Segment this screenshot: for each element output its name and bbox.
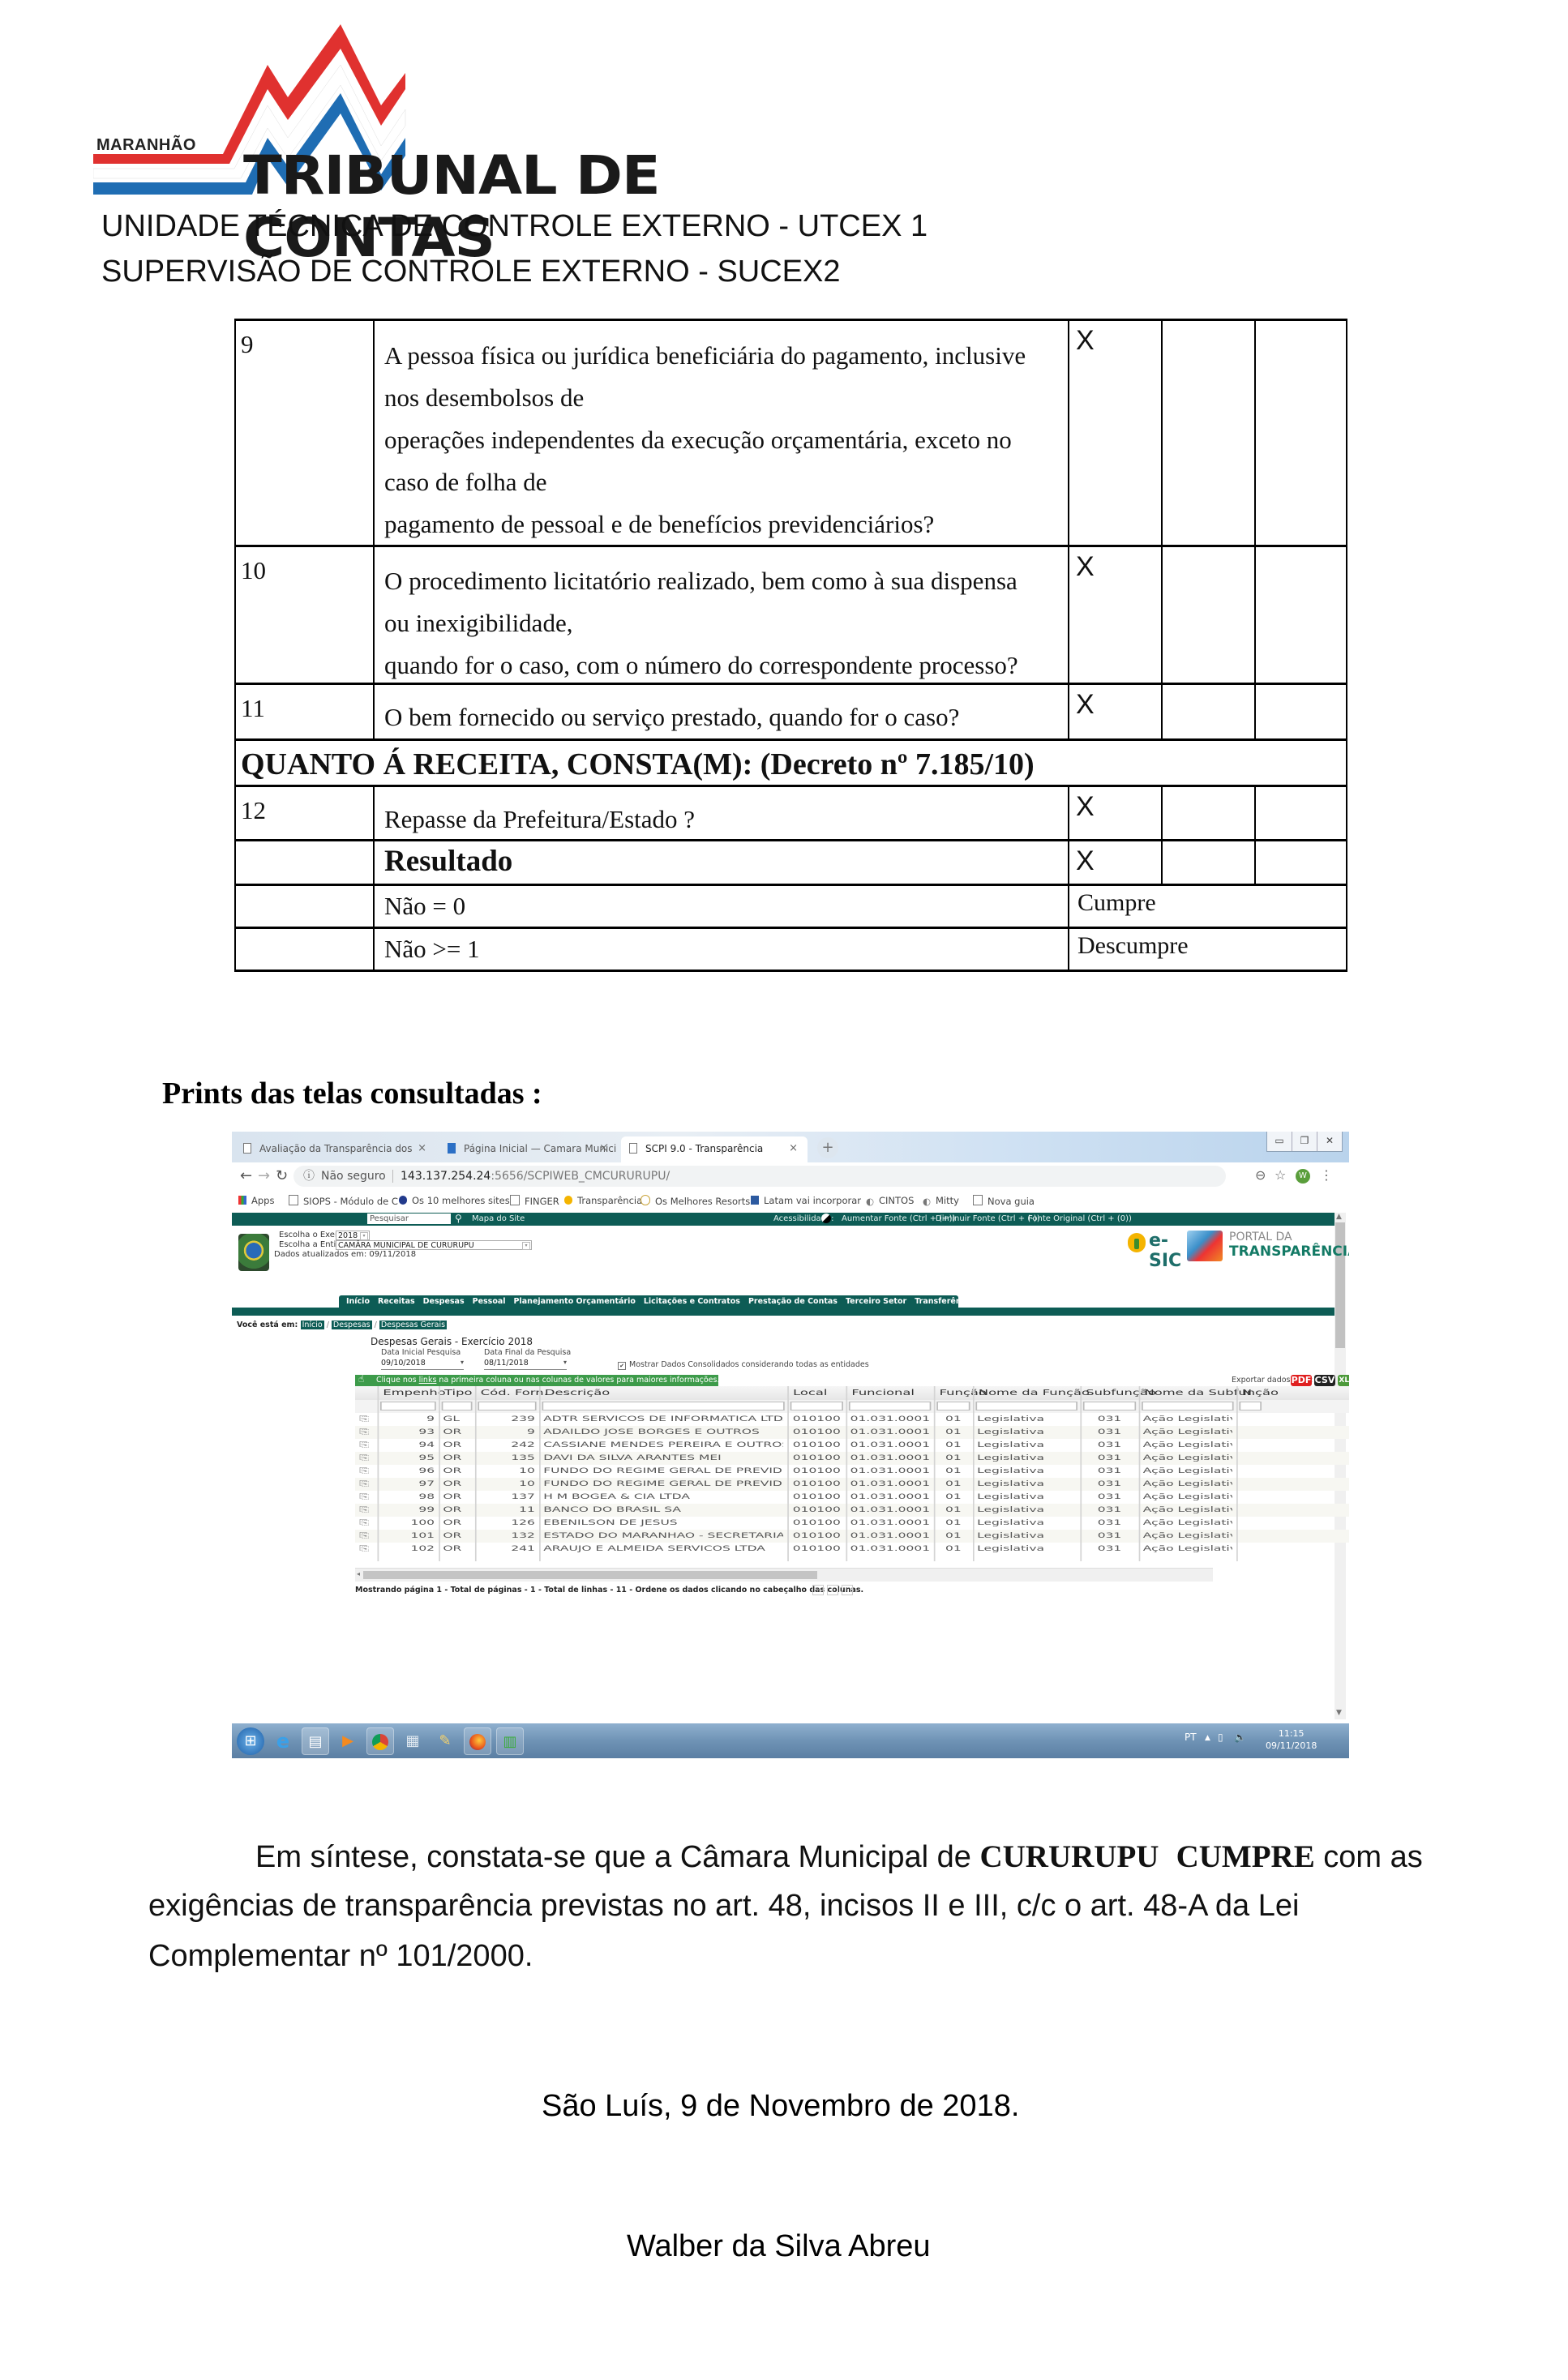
table-cell: 031 xyxy=(1085,1467,1135,1475)
table-cell: 010100 xyxy=(791,1532,842,1540)
question-line: O procedimento licitatório realizado, be… xyxy=(384,560,1061,602)
menu-item-transferencias[interactable]: Transferências xyxy=(910,1295,982,1308)
column-header[interactable]: Nome da Subfunção xyxy=(1145,1389,1279,1398)
column-filter-input[interactable] xyxy=(442,1402,473,1410)
table-cell: Ação Legislativa xyxy=(1143,1506,1232,1514)
table-cell: H M BOGEA & CIA LTDA xyxy=(543,1493,783,1501)
item-number: 11 xyxy=(234,683,373,723)
table-cell: 01 xyxy=(938,1428,969,1436)
table-cell: 11 xyxy=(479,1506,535,1514)
detail-doc-icon[interactable]: ⎘ xyxy=(359,1428,369,1436)
bookmark-item[interactable]: SIOPS - Módulo de C xyxy=(289,1195,398,1207)
detail-doc-icon[interactable]: ⎘ xyxy=(359,1493,369,1501)
table-cell: Ação Legislativa xyxy=(1143,1441,1232,1449)
table-cell: OR xyxy=(443,1493,470,1501)
column-filter-input[interactable] xyxy=(790,1402,843,1410)
column-filter-input[interactable] xyxy=(478,1402,536,1410)
item-question: Repasse da Prefeitura/Estado ? xyxy=(373,798,1068,841)
detail-doc-icon[interactable]: ⎘ xyxy=(359,1415,369,1423)
system-clock[interactable]: 11:15 09/11/2018 xyxy=(1266,1727,1317,1752)
legend-outcome: Cumpre xyxy=(1077,889,1345,917)
scroll-thumb[interactable] xyxy=(363,1571,817,1579)
paint-icon[interactable]: ✎ xyxy=(431,1727,459,1755)
chevron-down-icon: ▾ xyxy=(522,1242,530,1250)
table-cell: 242 xyxy=(479,1441,535,1449)
browser-tab[interactable]: Página Inicial — Camara Munici × xyxy=(439,1136,618,1162)
table-cell: 01 xyxy=(938,1441,969,1449)
menu-item-licitacoes[interactable]: Licitações e Contratos xyxy=(640,1295,744,1308)
column-filter-input[interactable] xyxy=(849,1402,931,1410)
column-header[interactable]: Funcional xyxy=(851,1389,915,1398)
menu-item-acesso-informacao[interactable]: Acesso à Informação xyxy=(1090,1295,1189,1308)
globe-icon: ◐ xyxy=(923,1196,931,1205)
table-cell: ARAUJO E ALMEIDA SERVICOS LTDA xyxy=(543,1545,783,1553)
table-cell: 010100 xyxy=(791,1454,842,1462)
table-cell: OR xyxy=(443,1454,470,1462)
close-tab-icon[interactable]: × xyxy=(599,1136,608,1161)
legend-outcome: Descumpre xyxy=(1077,932,1345,960)
column-filter-input[interactable] xyxy=(936,1402,970,1410)
table-cell: OR xyxy=(443,1545,470,1553)
logo-name-text: TRIBUNAL DE CONTAS xyxy=(243,144,884,269)
info-bulb-icon xyxy=(564,1196,572,1205)
page-icon xyxy=(629,1143,637,1154)
chrome-icon[interactable] xyxy=(366,1727,394,1755)
first-page-button[interactable]: « xyxy=(812,1585,824,1595)
column-filter-input[interactable] xyxy=(1142,1402,1234,1410)
table-cell: 01 xyxy=(938,1480,969,1488)
main-menu: Início Receitas Despesas Pessoal Planeja… xyxy=(339,1295,958,1308)
table-row[interactable]: ⎘9GL239ADTR SERVICOS DE INFORMATICA LTDA… xyxy=(355,1413,1349,1426)
column-header[interactable]: N xyxy=(1242,1389,1252,1398)
media-player-icon[interactable]: ▶ xyxy=(334,1727,362,1755)
detail-doc-icon[interactable]: ⎘ xyxy=(359,1519,369,1527)
table-cell: 93 xyxy=(382,1428,435,1436)
table-cell: 01.031.0001.2002.0000 xyxy=(850,1480,930,1488)
table-row[interactable]: ⎘97OR10FUNDO DO REGIME GERAL DE PREVIDEN… xyxy=(355,1478,1349,1491)
detail-doc-icon[interactable]: ⎘ xyxy=(359,1454,369,1462)
table-cell: 10 xyxy=(479,1480,535,1488)
globe-icon: ◐ xyxy=(866,1196,874,1205)
table-cell: EBENILSON DE JESUS xyxy=(543,1519,783,1527)
info-hint-bar: Clique nos links na primeira coluna ou n… xyxy=(355,1375,718,1386)
table-cell: 01 xyxy=(938,1506,969,1514)
table-cell: 101 xyxy=(382,1532,435,1540)
table-cell: ADTR SERVICOS DE INFORMATICA LTDA xyxy=(543,1415,783,1423)
chevron-down-icon: ▾ xyxy=(360,1232,368,1240)
table-cell: 96 xyxy=(382,1467,435,1475)
tray-expand-icon[interactable]: ▲ xyxy=(1205,1734,1210,1742)
column-filter-input[interactable] xyxy=(975,1402,1077,1410)
scroll-thumb[interactable] xyxy=(1335,1222,1345,1348)
apps-grid-icon xyxy=(238,1196,246,1205)
table-cell: 95 xyxy=(382,1454,435,1462)
date-start-label: Data Inicial Pesquisa xyxy=(381,1348,461,1357)
file-explorer-icon[interactable]: ▤ xyxy=(302,1727,329,1755)
result-mark: X xyxy=(1068,839,1161,877)
table-cell: 126 xyxy=(479,1519,535,1527)
table-cell: Legislativa xyxy=(977,1428,1076,1436)
menu-item-terceiro-setor[interactable]: Terceiro Setor xyxy=(842,1295,910,1308)
export-pdf-button[interactable]: PDF xyxy=(1291,1375,1312,1386)
table-cell: 031 xyxy=(1085,1519,1135,1527)
table-cell: 9 xyxy=(382,1415,435,1423)
table-cell: 01.031.0001.2002.0000 xyxy=(850,1415,930,1423)
table-cell: 010100 xyxy=(791,1428,842,1436)
table-cell: 241 xyxy=(479,1545,535,1553)
table-cell: 031 xyxy=(1085,1532,1135,1540)
browser-toolbar: ← → ↻ ⓘ Não seguro 143.137.254.24:5656/S… xyxy=(232,1162,1349,1190)
bookmark-item[interactable]: ◐Mitty xyxy=(923,1195,959,1206)
embedded-browser-screenshot: Avaliação da Transparência dos × Página … xyxy=(232,1132,1349,1758)
table-cell: 132 xyxy=(479,1532,535,1540)
table-cell: 137 xyxy=(479,1493,535,1501)
table-cell: 031 xyxy=(1085,1415,1135,1423)
table-row[interactable]: ⎘100OR126EBENILSON DE JESUS01010001.031.… xyxy=(355,1517,1349,1530)
table-row[interactable]: ⎘101OR132ESTADO DO MARANHAO - SECRETARIA… xyxy=(355,1530,1349,1543)
scroll-up-icon[interactable]: ▲ xyxy=(1336,1213,1342,1221)
signature-name: Walber da Silva Abreu xyxy=(627,2229,931,2264)
item-question: O bem fornecido ou serviço prestado, qua… xyxy=(373,696,1068,738)
table-cell: 01.031.0001.2002.0000 xyxy=(850,1519,930,1527)
close-window-button[interactable]: ✕ xyxy=(1317,1132,1342,1151)
table-cell: 01.031.0001.2002.0000 xyxy=(850,1493,930,1501)
table-row[interactable]: ⎘102OR241ARAUJO E ALMEIDA SERVICOS LTDA0… xyxy=(355,1543,1349,1556)
table-cell: 01 xyxy=(938,1532,969,1540)
close-tab-icon[interactable]: × xyxy=(418,1136,426,1161)
table-cell: Ação Legislativa xyxy=(1143,1467,1232,1475)
date-start-input[interactable]: 09/10/2018▾ xyxy=(381,1359,464,1370)
volume-icon[interactable]: 🔈 xyxy=(1234,1731,1246,1743)
table-row[interactable]: ⎘96OR10FUNDO DO REGIME GERAL DE PREVIDEN… xyxy=(355,1465,1349,1478)
detail-doc-icon[interactable]: ⎘ xyxy=(359,1532,369,1540)
checkbox-checked-icon[interactable]: ✔ xyxy=(618,1362,626,1370)
yes-mark: X xyxy=(1068,319,1161,357)
table-cell: 010100 xyxy=(791,1480,842,1488)
table-cell: OR xyxy=(443,1506,470,1514)
question-line: ou inexigibilidade, xyxy=(384,602,1061,644)
scroll-down-icon[interactable]: ▼ xyxy=(1336,1709,1342,1717)
table-cell: 100 xyxy=(382,1519,435,1527)
checklist-table: 9 A pessoa física ou jurídica beneficiár… xyxy=(234,319,1347,972)
menu-item-receitas[interactable]: Receitas xyxy=(374,1295,419,1308)
table-cell: Ação Legislativa xyxy=(1143,1428,1232,1436)
firefox-icon[interactable] xyxy=(464,1727,491,1755)
detail-doc-icon[interactable]: ⎘ xyxy=(359,1506,369,1514)
table-cell: Legislativa xyxy=(977,1545,1076,1553)
browser-tab[interactable]: Avaliação da Transparência dos × xyxy=(235,1136,436,1162)
table-cell: 010100 xyxy=(791,1519,842,1527)
reload-icon[interactable]: ↻ xyxy=(276,1167,288,1184)
table-cell: OR xyxy=(443,1480,470,1488)
city-name: CURURUPU xyxy=(979,1839,1159,1874)
esic-logo[interactable]: e-SIC xyxy=(1128,1231,1178,1258)
export-xls-button[interactable]: XLS xyxy=(1338,1375,1349,1386)
windows-taskbar: ⊞ e ▤ ▶ ▦ ✎ ▥ PT ▲ ▯ 🔈 11:15 09/11/2018 xyxy=(232,1723,1349,1758)
original-font-link[interactable]: Fonte Original (Ctrl + (0)) xyxy=(1028,1214,1132,1223)
column-header[interactable]: Tipo xyxy=(444,1389,472,1398)
conclusion-line-3: Complementar nº 101/2000. xyxy=(148,1939,533,1974)
grid-header: EmpenhoTipoCód. Forn.DescriçãoLocalFunci… xyxy=(355,1386,1349,1401)
table-cell: 010100 xyxy=(791,1467,842,1475)
restore-button[interactable]: ❐ xyxy=(1292,1132,1317,1151)
bookmark-item[interactable]: FINGER xyxy=(510,1195,559,1207)
table-cell: 01 xyxy=(938,1545,969,1553)
updated-date: Dados atualizados em: 09/11/2018 xyxy=(274,1250,416,1259)
network-icon[interactable]: ▯ xyxy=(1218,1731,1223,1743)
date-end-input[interactable]: 08/11/2018▾ xyxy=(484,1359,567,1370)
bookmark-item[interactable]: Transparência xyxy=(564,1195,642,1206)
breadcrumb-despesas[interactable]: Despesas xyxy=(332,1321,372,1329)
conclusion-line-1: Em síntese, constata-se que a Câmara Mun… xyxy=(255,1839,1423,1875)
bookmark-star-icon[interactable]: ☆ xyxy=(1275,1167,1286,1183)
legend-rule: Não >= 1 xyxy=(373,927,1068,972)
spreadsheet-icon[interactable]: ▥ xyxy=(496,1727,524,1755)
table-cell: 99 xyxy=(382,1506,435,1514)
menu-dots-icon[interactable]: ⋮ xyxy=(1320,1167,1333,1183)
browser-tab-active[interactable]: SCPI 9.0 - Transparência × xyxy=(621,1136,808,1162)
table-cell: OR xyxy=(443,1519,470,1527)
table-cell: 102 xyxy=(382,1545,435,1553)
page-icon xyxy=(289,1195,298,1205)
table-cell: CASSIANE MENDES PEREIRA E OUTROS xyxy=(543,1441,783,1449)
table-cell: Legislativa xyxy=(977,1493,1076,1501)
result-label: Resultado xyxy=(373,841,1068,883)
question-line: pagamento de pessoal e de benefícios pre… xyxy=(384,503,1061,546)
back-arrow-icon[interactable]: ← xyxy=(240,1167,252,1184)
calculator-icon[interactable]: ▦ xyxy=(399,1727,426,1755)
unit-title: UNIDADE TÉCNICA DE CONTROLE EXTERNO - UT… xyxy=(101,209,928,244)
prints-title: Prints das telas consultadas : xyxy=(162,1076,542,1111)
bookmark-item[interactable]: Os 10 melhores sites xyxy=(399,1195,510,1206)
table-row[interactable]: ⎘99OR11BANCO DO BRASIL SA01010001.031.00… xyxy=(355,1504,1349,1517)
entity-select[interactable]: CAMÂRA MUNICIPAL DE CURURUPU▾ xyxy=(336,1240,532,1250)
table-cell: 031 xyxy=(1085,1441,1135,1449)
table-cell: Ação Legislativa xyxy=(1143,1545,1232,1553)
site-favicon-icon xyxy=(448,1143,456,1154)
dropdown-arrow-icon[interactable]: ▾ xyxy=(563,1359,567,1366)
table-cell: 01.031.0001.2002.0000 xyxy=(850,1454,930,1462)
table-cell: ESTADO DO MARANHAO - SECRETARIA DE ESTAD… xyxy=(543,1532,783,1540)
new-tab-button[interactable]: + xyxy=(817,1137,838,1158)
people-icon xyxy=(1187,1231,1223,1261)
table-cell: 031 xyxy=(1085,1545,1135,1553)
column-filter-input[interactable] xyxy=(1239,1402,1262,1410)
date-line: São Luís, 9 de Novembro de 2018. xyxy=(542,2089,1019,2124)
table-cell: Ação Legislativa xyxy=(1143,1532,1232,1540)
column-header[interactable]: Empenho xyxy=(383,1389,445,1398)
grid-footer-note: Mostrando página 1 - Total de páginas - … xyxy=(355,1586,863,1595)
table-cell: FUNDO DO REGIME GERAL DE PREVIDENCIA SOC… xyxy=(543,1467,783,1475)
column-header[interactable]: Local xyxy=(793,1389,827,1398)
windows-start-icon[interactable]: ⊞ xyxy=(237,1727,264,1755)
breadcrumb-inicio[interactable]: Início xyxy=(301,1321,324,1329)
column-filter-input[interactable] xyxy=(542,1402,784,1410)
bookmark-item[interactable]: Latam vai incorporar xyxy=(751,1195,861,1206)
detail-doc-icon[interactable]: ⎘ xyxy=(359,1480,369,1488)
news-icon xyxy=(751,1196,759,1205)
logo-state-text: MARANHÃO xyxy=(96,136,196,155)
table-cell: Legislativa xyxy=(977,1467,1076,1475)
table-cell: Ação Legislativa xyxy=(1143,1519,1232,1527)
bookmarks-bar: Apps SIOPS - Módulo de C Os 10 melhores … xyxy=(232,1190,1349,1213)
table-cell: 9 xyxy=(479,1428,535,1436)
portal-transparencia-logo[interactable]: PORTAL DA TRANSPARÊNCIA xyxy=(1187,1227,1325,1265)
table-cell: 01 xyxy=(938,1493,969,1501)
column-filter-input[interactable] xyxy=(1083,1402,1136,1410)
column-header[interactable]: Nome da Função xyxy=(979,1389,1090,1398)
profile-avatar[interactable]: W xyxy=(1296,1169,1310,1184)
supervision-title: SUPERVISÃO DE CONTROLE EXTERNO - SUCEX2 xyxy=(101,255,841,289)
table-cell: OR xyxy=(443,1428,470,1436)
dropdown-arrow-icon[interactable]: ▾ xyxy=(461,1359,464,1366)
table-cell: 01.031.0001.2002.0000 xyxy=(850,1441,930,1449)
yes-mark: X xyxy=(1068,545,1161,583)
table-row[interactable]: ⎘93OR9ADAILDO JOSE BORGES E OUTROS010100… xyxy=(355,1426,1349,1439)
prev-page-button[interactable]: ‹ xyxy=(827,1585,838,1595)
table-cell: 97 xyxy=(382,1480,435,1488)
info-icon[interactable]: ⓘ xyxy=(303,1166,315,1187)
table-cell: 01.031.0001.2002.0000 xyxy=(850,1532,930,1540)
question-line: operações independentes da execução orça… xyxy=(384,419,1061,461)
exercise-select[interactable]: 2018▾ xyxy=(336,1231,370,1240)
export-csv-button[interactable]: CSV xyxy=(1314,1375,1335,1386)
language-indicator[interactable]: PT xyxy=(1185,1731,1197,1743)
table-cell: DAVI DA SILVA ARANTES MEI xyxy=(543,1454,783,1462)
close-tab-icon[interactable]: × xyxy=(789,1136,798,1161)
links-link[interactable]: links xyxy=(419,1376,437,1385)
page-title: Despesas Gerais - Exercício 2018 xyxy=(371,1336,533,1347)
table-row[interactable]: ⎘98OR137H M BOGEA & CIA LTDA01010001.031… xyxy=(355,1491,1349,1504)
scroll-left-icon[interactable]: ◂ xyxy=(357,1570,360,1577)
menu-item-inicio[interactable]: Início xyxy=(342,1295,374,1308)
legend-rule: Não = 0 xyxy=(373,884,1068,929)
detail-doc-icon[interactable]: ⎘ xyxy=(359,1441,369,1449)
moon-icon xyxy=(399,1196,407,1205)
column-header[interactable]: Descrição xyxy=(545,1389,610,1398)
search-icon[interactable]: ⚲ xyxy=(455,1213,462,1224)
menu-item-despesas[interactable]: Despesas xyxy=(419,1295,469,1308)
table-cell: Ação Legislativa xyxy=(1143,1480,1232,1488)
table-cell: OR xyxy=(443,1467,470,1475)
date-end-label: Data Final da Pesquisa xyxy=(484,1348,571,1357)
bookmark-item[interactable]: ◐CINTOS xyxy=(866,1195,914,1206)
table-cell: Legislativa xyxy=(977,1415,1076,1423)
decrease-font-link[interactable]: Diminuir Fonte (Ctrl + (-)) xyxy=(936,1214,1040,1223)
table-cell: 010100 xyxy=(791,1545,842,1553)
table-cell: FUNDO DO REGIME GERAL DE PREVIDENCIA SOC… xyxy=(543,1480,783,1488)
zoom-icon[interactable]: ⊖ xyxy=(1255,1167,1266,1183)
grid-horizontal-scrollbar[interactable]: ◂ xyxy=(355,1568,1213,1582)
next-page-button[interactable]: › xyxy=(842,1585,853,1595)
table-cell: Ação Legislativa xyxy=(1143,1415,1232,1423)
consolidated-checkbox[interactable]: ✔Mostrar Dados Consolidados considerando… xyxy=(618,1360,869,1370)
table-cell: 010100 xyxy=(791,1506,842,1514)
table-cell: Ação Legislativa xyxy=(1143,1493,1232,1501)
question-line: quando for o caso, com o número do corre… xyxy=(384,644,1061,687)
page-icon xyxy=(510,1195,520,1205)
table-cell: ADAILDO JOSE BORGES E OUTROS xyxy=(543,1428,783,1436)
yes-mark: X xyxy=(1068,785,1161,823)
bookmark-item[interactable]: Nova guia xyxy=(973,1195,1035,1207)
tce-logo: MARANHÃO TRIBUNAL DE CONTAS xyxy=(93,24,847,203)
breadcrumb-despesas-gerais[interactable]: Despesas Gerais xyxy=(379,1321,447,1329)
detail-doc-icon[interactable]: ⎘ xyxy=(359,1545,369,1553)
item-number: 12 xyxy=(234,785,373,825)
contrast-icon[interactable] xyxy=(821,1214,831,1223)
table-cell: 031 xyxy=(1085,1454,1135,1462)
browser-tab-bar: Avaliação da Transparência dos × Página … xyxy=(232,1132,1349,1162)
table-cell: GL xyxy=(443,1415,470,1423)
item-question: O procedimento licitatório realizado, be… xyxy=(373,560,1068,687)
conclusion-line-2: exigências de transparência previstas no… xyxy=(148,1889,1299,1924)
site-map-link[interactable]: Mapa do Site xyxy=(472,1214,525,1223)
site-search-input[interactable]: Pesquisar xyxy=(367,1214,451,1224)
table-cell: 01 xyxy=(938,1454,969,1462)
municipal-crest-icon xyxy=(238,1234,269,1271)
table-cell: 01.031.0001.2001.0000 xyxy=(850,1428,930,1436)
column-header[interactable]: Cód. Forn. xyxy=(481,1389,548,1398)
menu-item-convenios[interactable]: Convênios xyxy=(983,1295,1035,1308)
yes-mark: X xyxy=(1068,683,1161,721)
table-row[interactable]: ⎘94OR242CASSIANE MENDES PEREIRA E OUTROS… xyxy=(355,1439,1349,1452)
menu-item-patrimonio[interactable]: Patrimônio xyxy=(1035,1295,1091,1308)
column-filter-input[interactable] xyxy=(380,1402,436,1410)
address-bar[interactable]: ⓘ Não seguro 143.137.254.24:5656/SCPIWEB… xyxy=(293,1166,1226,1187)
esic-info-icon xyxy=(1128,1233,1146,1252)
page-icon xyxy=(243,1143,251,1154)
table-cell: Legislativa xyxy=(977,1532,1076,1540)
table-cell: 031 xyxy=(1085,1480,1135,1488)
table-row[interactable]: ⎘95OR135DAVI DA SILVA ARANTES MEI0101000… xyxy=(355,1452,1349,1465)
menu-bar-strip xyxy=(232,1308,1335,1316)
table-cell: Legislativa xyxy=(977,1519,1076,1527)
site-topbar: Pesquisar ⚲ Mapa do Site Acessibilidade:… xyxy=(232,1213,1335,1226)
table-cell: Legislativa xyxy=(977,1441,1076,1449)
table-cell: Legislativa xyxy=(977,1454,1076,1462)
menu-item-planejamento[interactable]: Planejamento Orçamentário xyxy=(510,1295,640,1308)
item-number: 9 xyxy=(234,319,373,359)
resort-icon xyxy=(640,1195,650,1205)
section-title: QUANTO Á RECEITA, CONSTA(M): (Decreto nº… xyxy=(234,738,1347,782)
minimize-button[interactable]: ▭ xyxy=(1267,1132,1292,1151)
table-cell: 031 xyxy=(1085,1506,1135,1514)
question-line: A pessoa física ou jurídica beneficiária… xyxy=(384,335,1061,377)
table-cell: 01.031.0001.2001.0000 xyxy=(850,1467,930,1475)
security-label: Não seguro xyxy=(321,1166,386,1187)
table-cell: OR xyxy=(443,1532,470,1540)
bookmark-apps[interactable]: Apps xyxy=(238,1195,274,1206)
url-text[interactable]: 143.137.254.24:5656/SCPIWEB_CMCURURUPU/ xyxy=(401,1166,670,1187)
item-question: A pessoa física ou jurídica beneficiária… xyxy=(373,335,1068,546)
table-cell: 01 xyxy=(938,1519,969,1527)
detail-doc-icon[interactable]: ⎘ xyxy=(359,1467,369,1475)
item-number: 10 xyxy=(234,545,373,585)
table-cell: 01.031.0001.2002.0000 xyxy=(850,1545,930,1553)
page-icon xyxy=(973,1195,983,1205)
menu-item-pessoal[interactable]: Pessoal xyxy=(469,1295,510,1308)
table-cell: 239 xyxy=(479,1415,535,1423)
internet-explorer-icon[interactable]: e xyxy=(269,1727,297,1755)
question-line: caso de folha de xyxy=(384,461,1061,503)
table-cell: 010100 xyxy=(791,1415,842,1423)
question-line: O bem fornecido ou serviço prestado, qua… xyxy=(384,696,1061,738)
forward-arrow-icon[interactable]: → xyxy=(258,1167,270,1184)
table-cell: BANCO DO BRASIL SA xyxy=(543,1506,783,1514)
table-cell: 010100 xyxy=(791,1493,842,1501)
menu-item-prestacao[interactable]: Prestação de Contas xyxy=(744,1295,842,1308)
bookmark-item[interactable]: Os Melhores Resorts xyxy=(640,1195,750,1207)
